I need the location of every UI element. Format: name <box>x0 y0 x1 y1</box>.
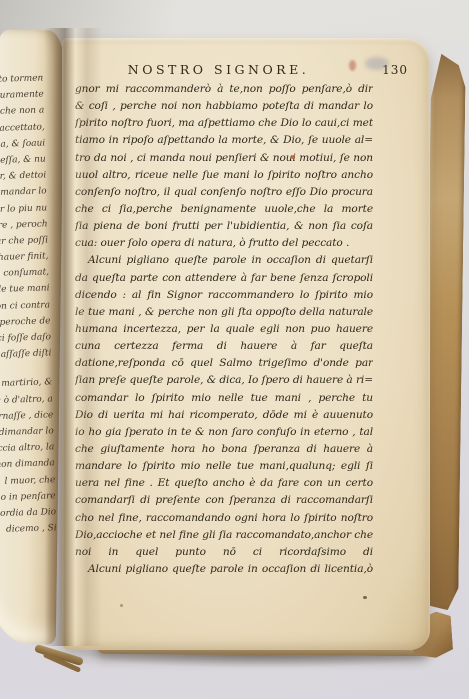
text-line: mandare lo ſpirito mio nelle tue mani,qu… <box>75 458 373 475</box>
left-page-text-fragment: duaſſaſſe diſti <box>0 346 52 366</box>
paper-speck <box>120 604 123 607</box>
text-line: da queſta parte con attendere à far bene… <box>75 270 373 287</box>
running-title: NOSTRO SIGNORE. <box>75 62 362 77</box>
text-line: comandar lo ſpirito mio nelle tue mani ,… <box>75 390 373 407</box>
text-line: cua: ouer ſolo opera di natura, ò frutto… <box>75 235 373 252</box>
text-line: cho nel fine, raccomandando ogni hora lo… <box>75 510 373 527</box>
text-line: gnor mi raccommanderò à te,non poſſo pen… <box>75 81 373 98</box>
text-line: uera nel fine . Et queſto ancho è da far… <box>75 475 373 492</box>
text-line: humana incertezza, per la quale egli non… <box>75 321 373 338</box>
text-line: Alcuni pigliano queſte parole in occaſio… <box>75 252 373 269</box>
recto-page: NOSTRO SIGNORE. 130 gnor mi raccommander… <box>62 38 430 650</box>
text-line: io ho gia ſperato in te & non ſaro confu… <box>75 424 373 441</box>
text-line: cuna certezza ferma di hauere à far queſ… <box>75 338 373 355</box>
text-line: Dio di uerita mi hai ricomperato, dōde m… <box>75 407 373 424</box>
text-line: ſia piena de boni frutti per l'ubidienti… <box>75 218 373 235</box>
text-line: ſian preſe queſte parole, & dica, Io ſpe… <box>75 372 373 389</box>
text-line: comandarſi di preſente con ſperanza di r… <box>75 492 373 509</box>
text-line: conſenſo noſtro, il qual conſenſo noſtro… <box>75 184 373 201</box>
text-line: Alcuni pigliano queſte parole in occaſio… <box>75 561 373 578</box>
text-line: datione,reſponda cō quel Salmo trigeſimo… <box>75 355 373 372</box>
text-line: noi in quel punto nō ci ricordaſsimo di … <box>75 544 373 561</box>
ink-showthrough-blue <box>365 57 389 70</box>
text-line: le tue mani , & perche non gli ſta oppoſ… <box>75 304 373 321</box>
text-line: che giuſtamente hora ho bona ſperanza di… <box>75 441 373 458</box>
running-head: NOSTRO SIGNORE. 130 <box>75 62 414 79</box>
text-line: che ci ſia,perche benignamente uuole,che… <box>75 201 373 218</box>
body-text: gnor mi raccommanderò à te,non poſſo pen… <box>75 81 373 578</box>
text-line: tro da noi , ci manda noui penſieri & no… <box>75 150 373 167</box>
text-line: tiamo in ripoſo aſpettando la morte, & D… <box>75 132 373 149</box>
text-line: Dio,accioche et nel fine gli ſia raccoma… <box>75 527 373 544</box>
text-line: & coſi , perche noi non habbiamo poteſta… <box>75 98 373 115</box>
text-line: dicendo : al fin Signor raccommandero lo… <box>75 287 373 304</box>
paper-speck <box>363 596 367 599</box>
ink-fleck <box>291 155 295 159</box>
text-line: ſpirito noſtro fuori, ma aſpettiamo che … <box>75 115 373 132</box>
ink-showthrough-red <box>349 60 356 71</box>
book-photograph: fatto tormen e ſicuramente , & che non a… <box>0 0 469 699</box>
text-line: uuol altro, riceue nelle ſue mani lo ſpi… <box>75 167 373 184</box>
